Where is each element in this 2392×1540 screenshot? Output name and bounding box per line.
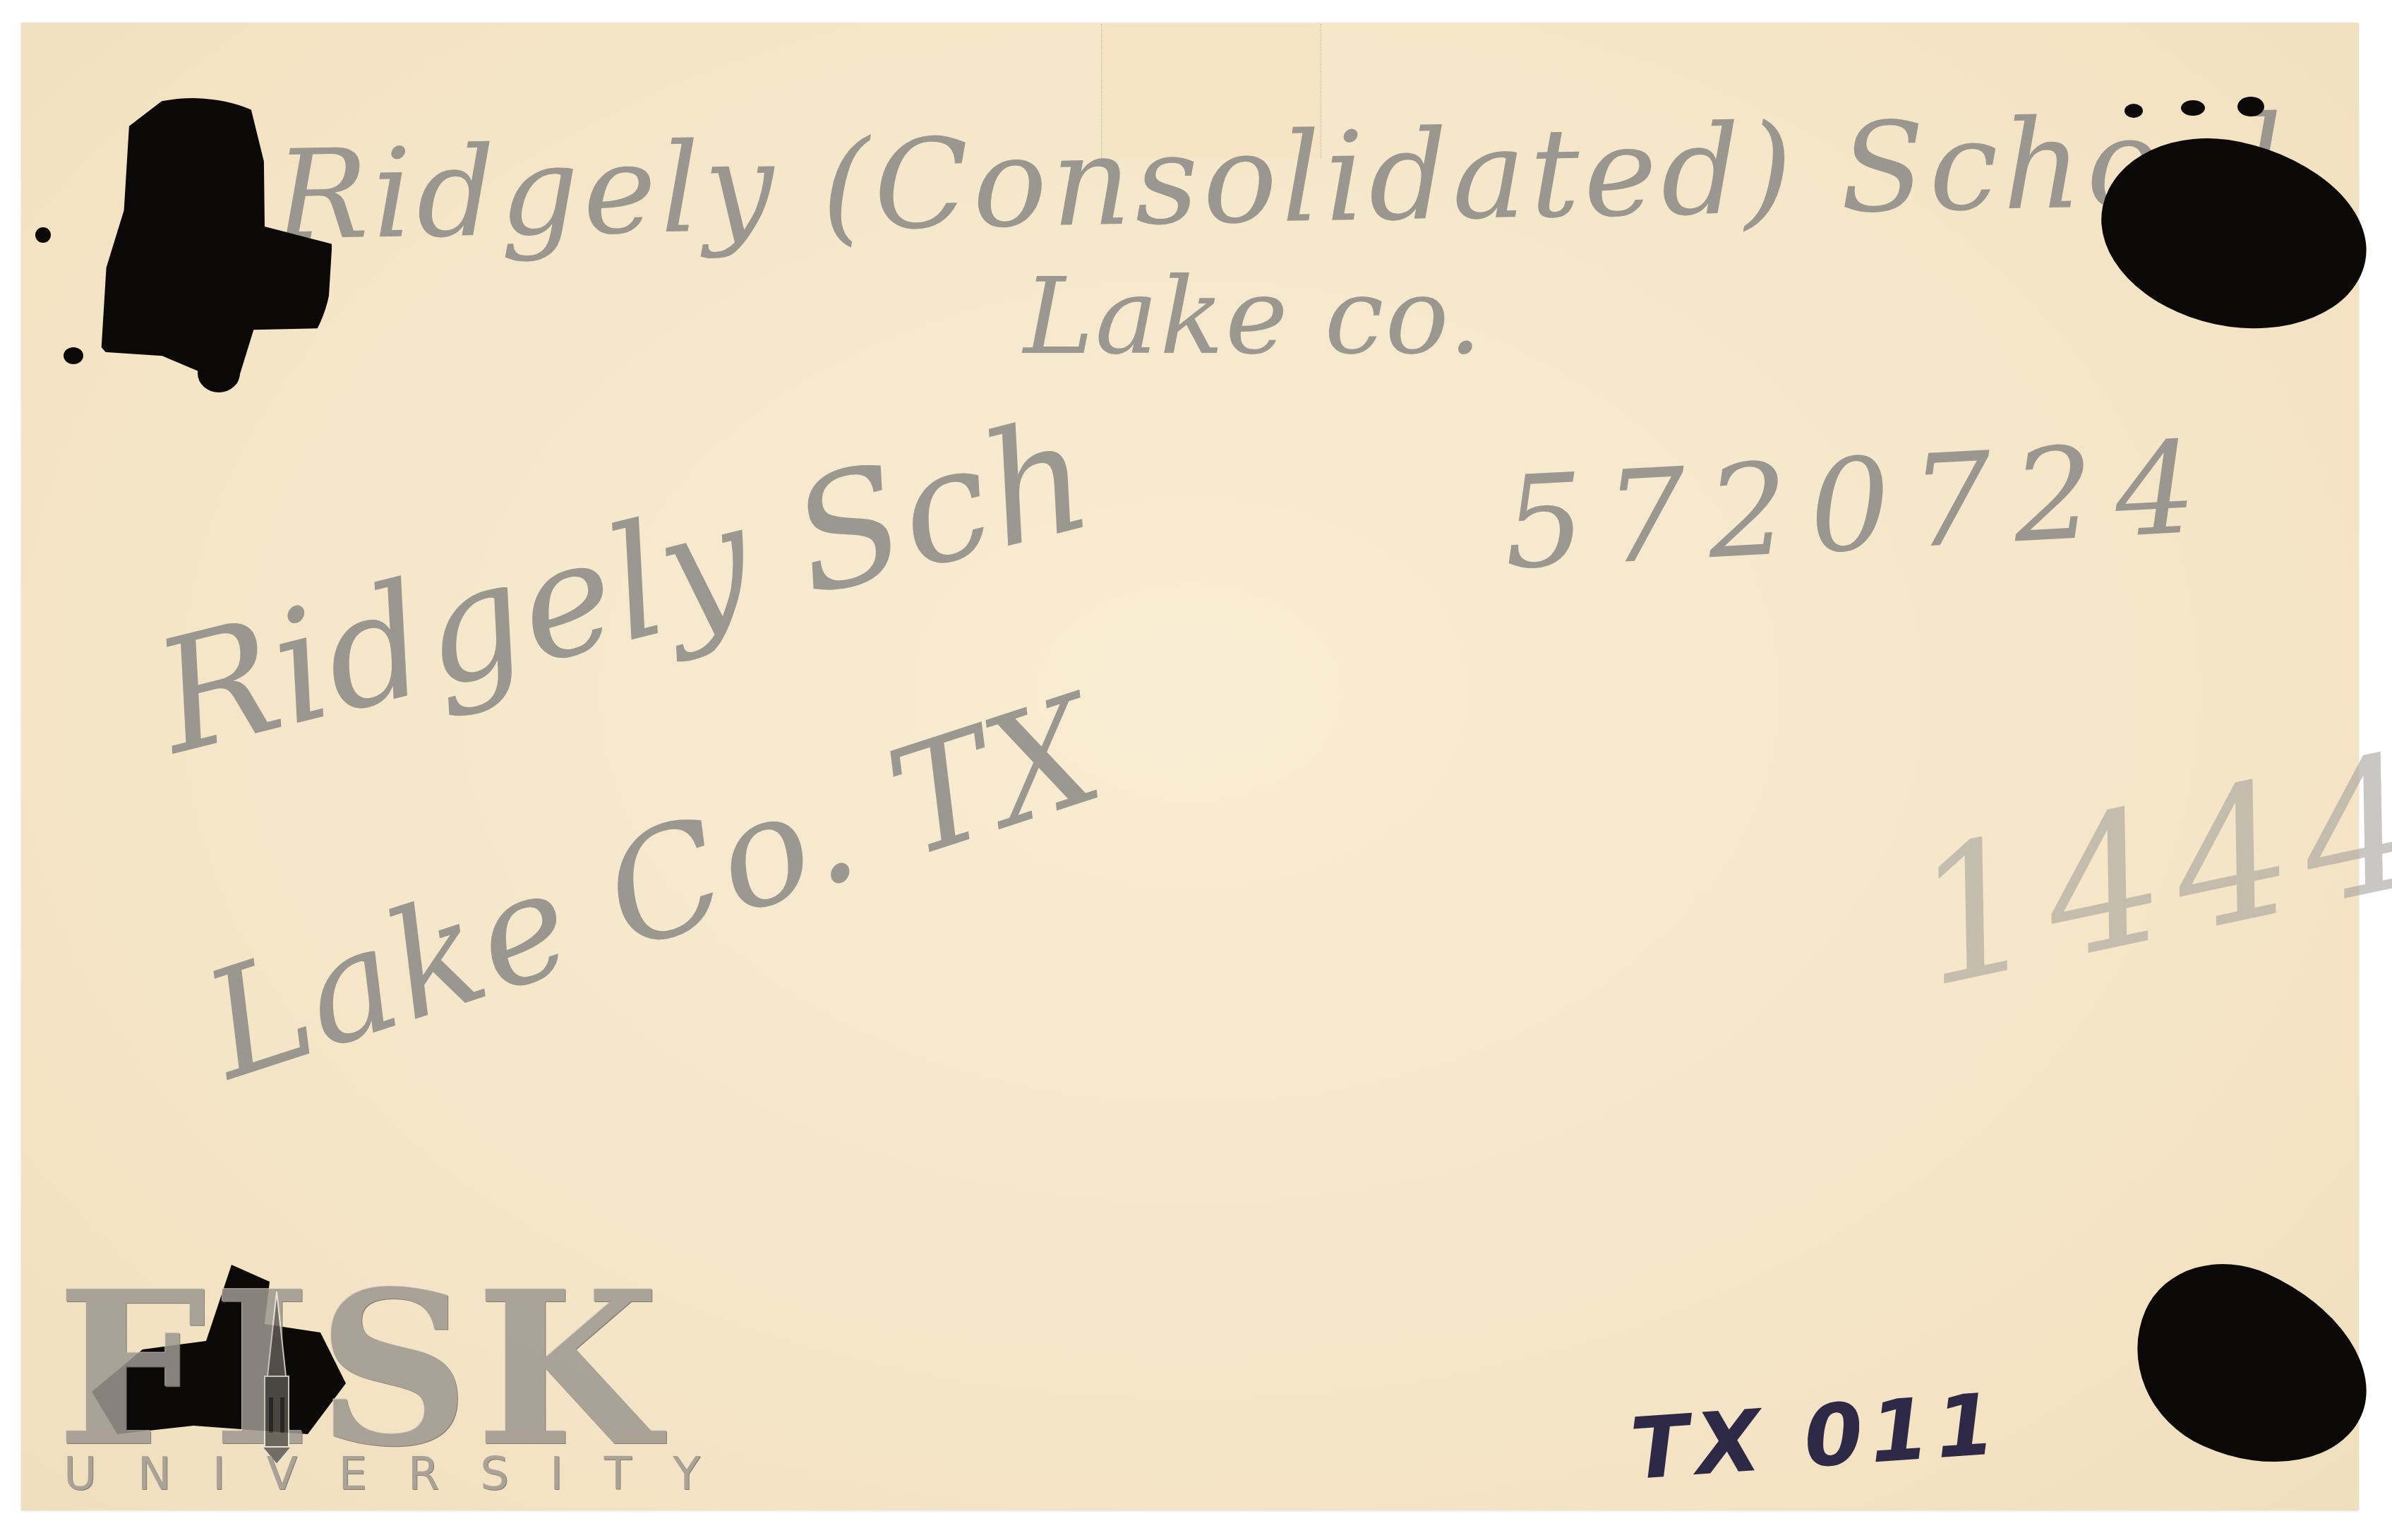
- handwritten-county: Lake co.: [1023, 255, 1484, 378]
- watermark-word: FISK: [56, 1263, 666, 1475]
- ink-archive-code: TX 011: [1628, 1376, 2005, 1499]
- ink-speck: [2237, 97, 2264, 116]
- handwritten-title: Ridgely (Consolidated) School: [274, 90, 2288, 268]
- university-watermark: FISK UNIVERSITY: [56, 1263, 621, 1496]
- watermark-subtitle: UNIVERSITY: [64, 1448, 741, 1500]
- handwritten-catalog-number: 5720724: [1500, 414, 2220, 598]
- ink-speck: [64, 347, 83, 364]
- handwritten-tally-marks: 1444: [1897, 711, 2392, 1029]
- ink-speck: [35, 227, 51, 243]
- bell-tower-icon: [258, 1292, 296, 1468]
- ink-speck: [134, 319, 155, 339]
- ink-speck: [2181, 100, 2205, 116]
- ink-speck: [198, 354, 240, 392]
- ink-blot-bottom-right: [2105, 1234, 2392, 1500]
- ink-speck: [2124, 104, 2143, 118]
